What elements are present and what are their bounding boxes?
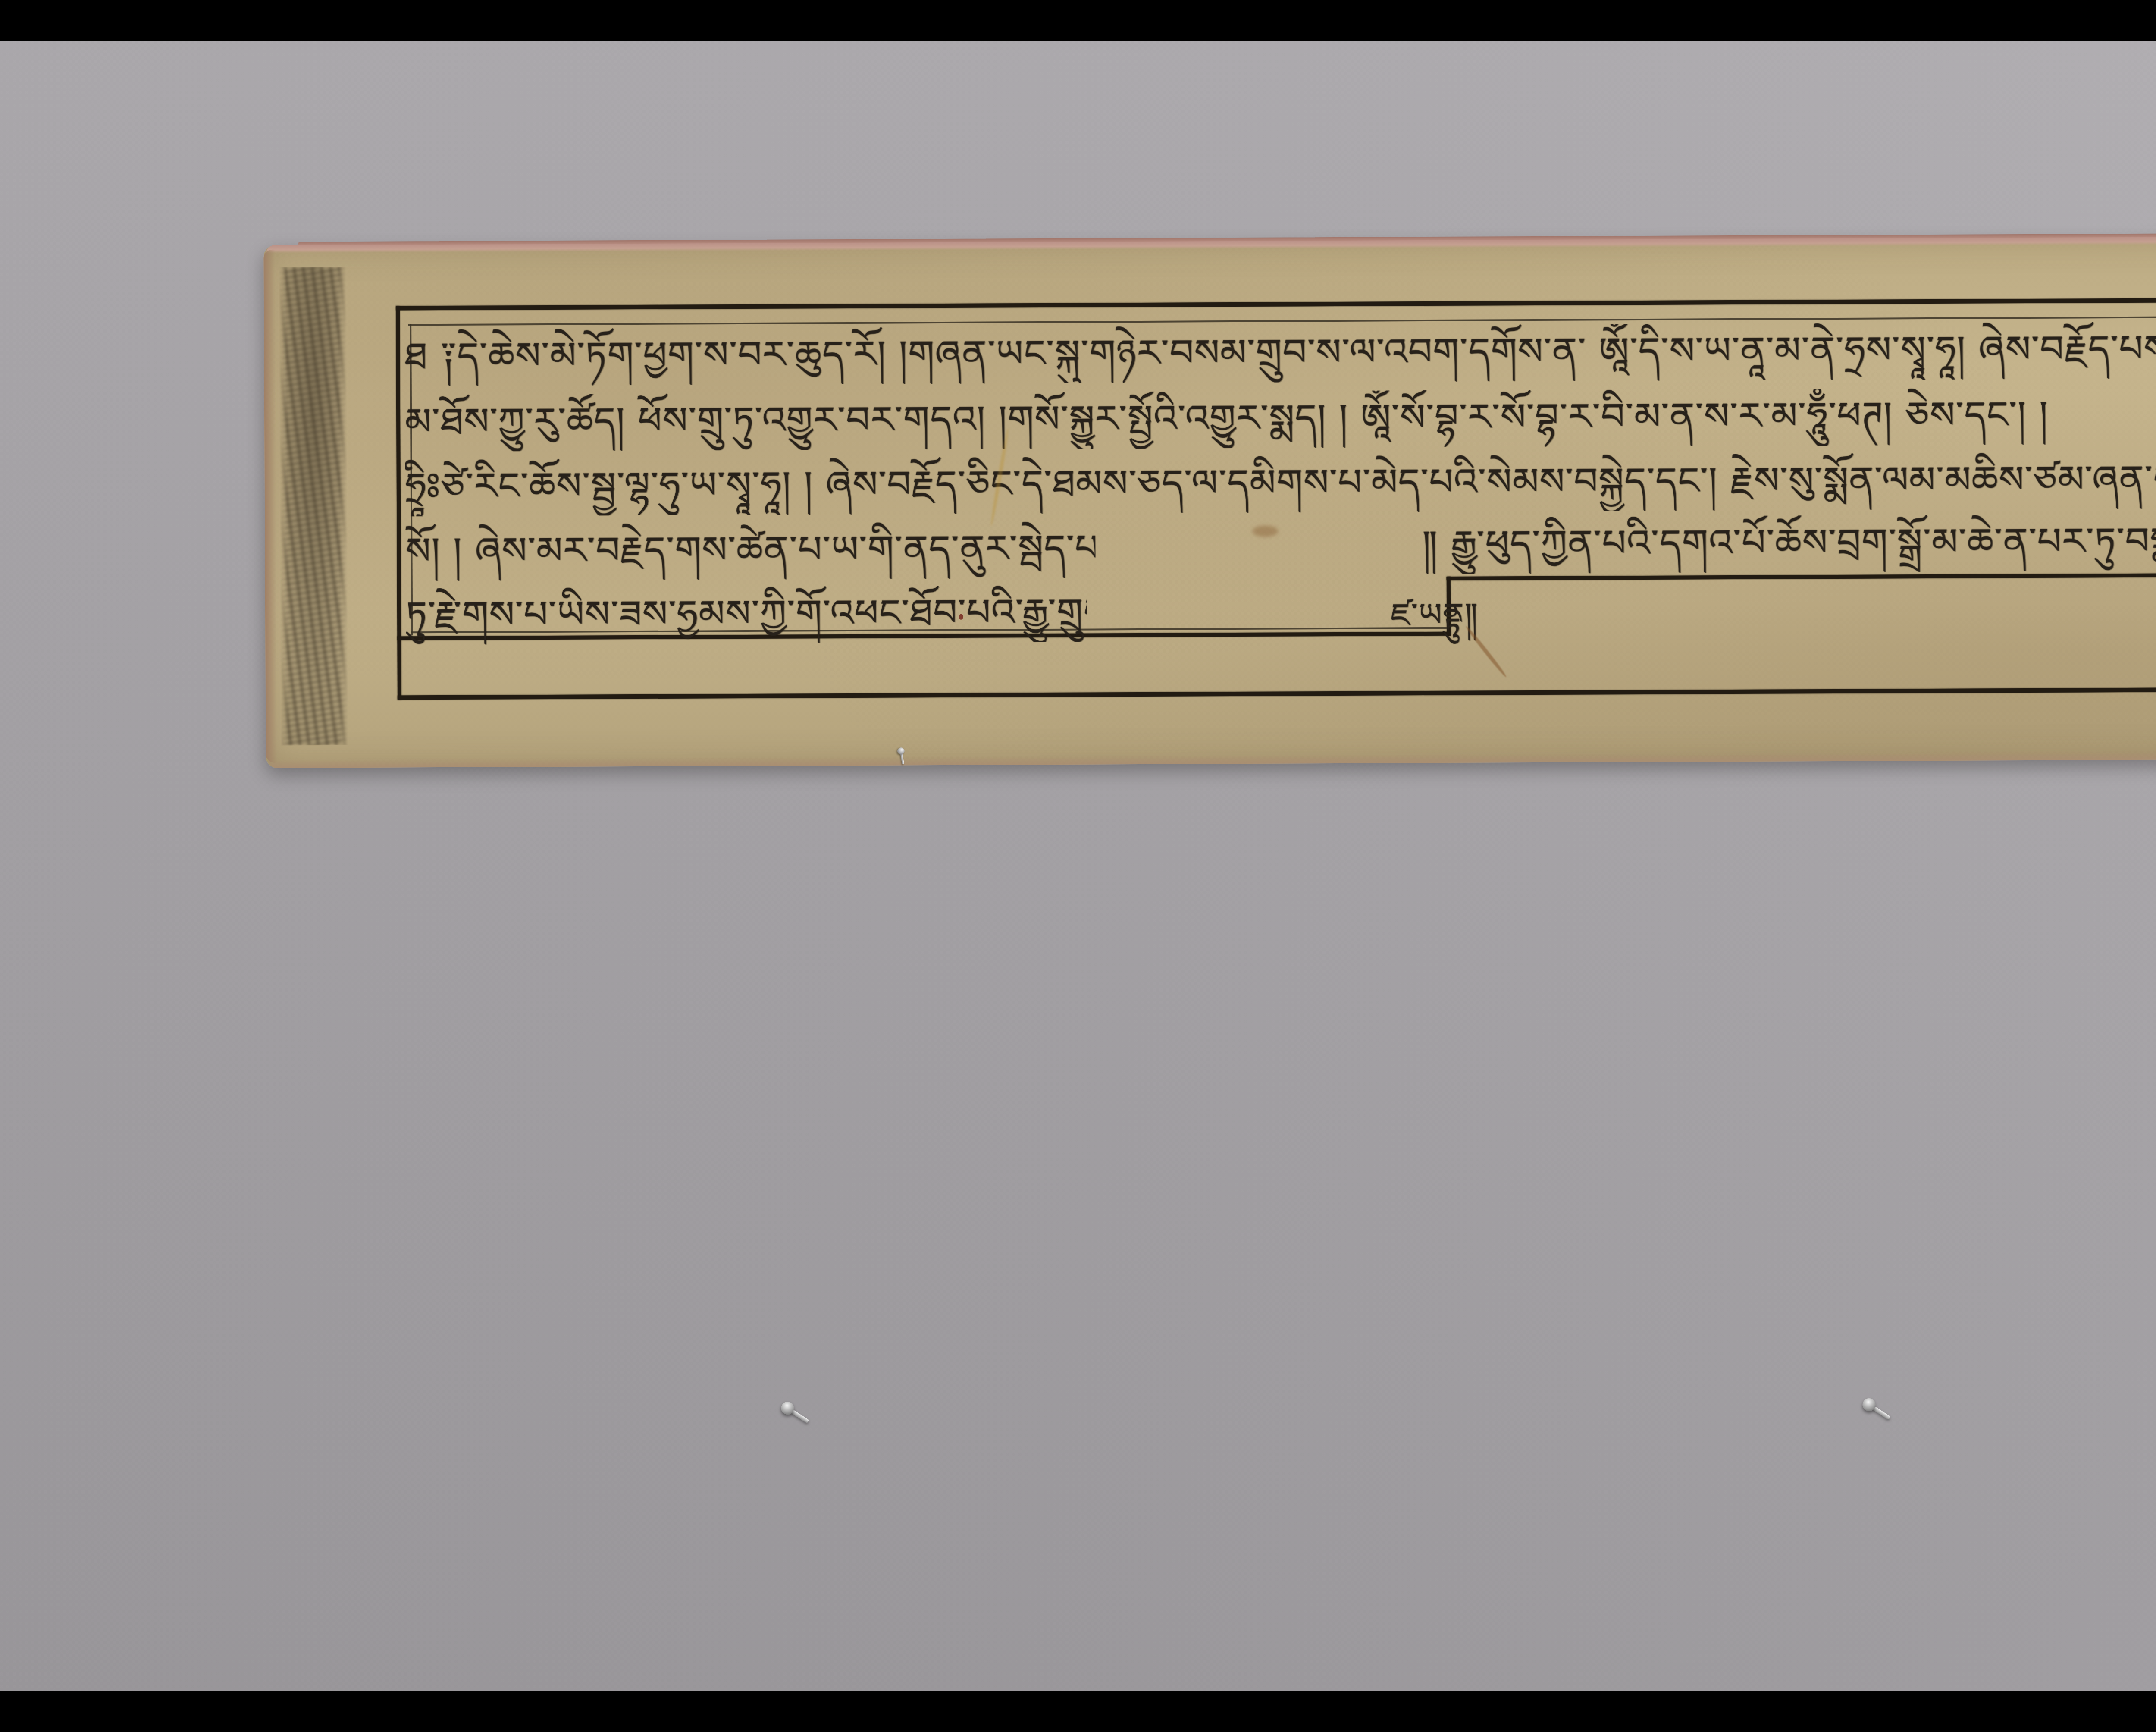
text-line-1: ཐ ༑དེ་ཆེས་མེ་ཏོག་ཕྱག་ས་བར་ཆུད་རོ། །གཞན་ཡ… — [404, 321, 2156, 386]
frame-left-rule — [396, 306, 401, 700]
folio-top-edge — [266, 236, 2156, 253]
text-line-4-right: ༎ རྒྱུ་ཕུད་ཀྱིན་པའི་དགའ་པོ་ཆོས་བྲག་སྒྲོ་… — [1422, 513, 2156, 574]
jayantu-colophon: ཛ་ཡནྟུ༎ — [1391, 588, 1477, 645]
push-pin-left — [779, 1399, 812, 1427]
push-pin-right — [1860, 1396, 1894, 1424]
letterbox-bar-bottom — [0, 1691, 2156, 1732]
frame-top-rule — [396, 298, 2156, 310]
folio-bottom-edge — [269, 750, 2156, 768]
push-pin-right-shaft — [1872, 1406, 1890, 1420]
text-line-2: མ་ཐོས་ཀྱུ་རུ་ཚོད། ཕོས་གྲུ་ཏུ་འགྱུར་བར་གད… — [405, 386, 2156, 452]
frame-bottom-outer-rule — [398, 687, 2156, 700]
text-line-4-left: སོ། ། ཞེས་མར་བརྗེད་གས་ཚེན་པ་ཡ་གི་ནད་ནུར་… — [405, 521, 1096, 581]
text-line-5: ཏུ་རྗེ་གས་པ་ཡིས་ཟས་ཧྱམས་ཀྱི་གོ་འཕང་ཐོབ་པ… — [406, 585, 1087, 645]
folio-left-edge — [263, 250, 277, 763]
manuscript-folio: ཐ ༑དེ་ཆེས་མེ་ཏོག་ཕྱག་ས་བར་ཆུད་རོ། །གཞན་ཡ… — [263, 236, 2156, 768]
frame-bottom-right-rule — [1447, 573, 2156, 580]
edge-pin-shaft — [900, 753, 904, 765]
photo-background: ཐ ༑དེ་ཆེས་མེ་ཏོག་ཕྱག་ས་བར་ཆུད་རོ། །གཞན་ཡ… — [0, 0, 2156, 1732]
edge-pin-head — [897, 747, 905, 755]
brown-smudge — [1252, 526, 1278, 537]
edge-pin — [897, 747, 907, 766]
folio-top-edge-underlayer — [298, 233, 2156, 246]
letterbox-bar-top — [0, 0, 2156, 41]
push-pin-left-shaft — [790, 1409, 809, 1424]
text-line-3: ཧྲཱིཿཙེ་རིང་ཆོས་སྦྱ་ལྷ་ཧུ་ཡ་སྭཱ་ཧཱ། ། ཞེ… — [405, 451, 2156, 516]
left-margin-ink-smudge — [279, 267, 349, 746]
